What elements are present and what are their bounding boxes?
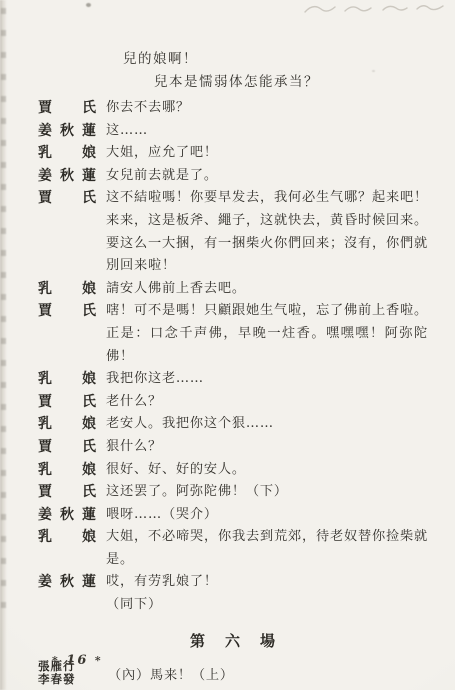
speaker-name: 乳娘 — [38, 459, 96, 482]
speaker-name: 賈氏 — [38, 187, 96, 210]
dialogue-row: 賈氏 这还罢了。阿弥陀佛！（下） — [38, 481, 427, 504]
dialogue-text: 請安人佛前上香去吧。 — [106, 278, 428, 301]
speaker-name: 賈氏 — [38, 436, 96, 459]
speaker-name: 賈氏 — [38, 481, 96, 504]
speaker-name: 姜秋蓮 — [38, 165, 96, 188]
scan-noise-dot — [372, 70, 375, 72]
dialogue-text: 这不結啦嗎！你要早发去，我何必生气哪？起来吧！来来，这是板斧、繩子，这就快去，黄… — [106, 187, 428, 277]
speaker-name: 姜秋蓮 — [38, 120, 96, 143]
pencil-scribble — [301, 0, 451, 20]
dialogue-row: 姜秋蓮 这…… — [38, 120, 427, 143]
speaker-name: 乳娘 — [38, 526, 96, 549]
speaker-name: 乳娘 — [38, 278, 96, 301]
speaker-name: 乳娘 — [38, 413, 96, 436]
speaker-name: 乳娘 — [38, 368, 96, 391]
dialogue-row: 乳娘 我把你这老…… — [38, 368, 427, 391]
dialogue-row: 賈氏 嗐！可不是嗎！只顧跟她生气啦，忘了佛前上香啦。正是：口念千声佛，早晚一炷香… — [38, 300, 427, 368]
dialogue-row: 賈氏 你去不去哪？ — [38, 97, 427, 120]
dialogue-row: 姜秋蓮 女兒前去就是了。 — [38, 165, 427, 188]
scanned-page: 兒的娘啊！ 兒本是懦弱体怎能承当？ 賈氏 你去不去哪？ 姜秋蓮 这…… 乳娘 大… — [0, 0, 455, 690]
dialogue-text: 你去不去哪？ — [106, 97, 428, 120]
scene-heading: 第六場 — [38, 630, 427, 651]
dialogue-text: 狠什么？ — [106, 436, 428, 459]
dialogue-list: 賈氏 你去不去哪？ 姜秋蓮 这…… 乳娘 大姐，应允了吧！ 姜秋蓮 女兒前去就是… — [38, 97, 427, 617]
dialogue-text: （內）馬来！（上） — [108, 664, 234, 683]
dialogue-text: 喂呀……（哭介） — [106, 504, 428, 527]
dialogue-row: 乳娘 請安人佛前上香去吧。 — [38, 278, 427, 301]
scan-noise-dot — [86, 3, 91, 7]
dialogue-row: 賈氏 狠什么？ — [38, 436, 427, 459]
verse-line: 兒的娘啊！ — [123, 48, 427, 71]
dialogue-row: 乳娘 很好、好、好的安人。 — [38, 459, 427, 482]
speaker-name: 賈氏 — [38, 97, 96, 120]
footer-ornament: * — [95, 654, 103, 667]
scan-edge-bleedthrough — [1, 8, 6, 608]
dialogue-row: 乳娘 大姐，不必啼哭，你我去到荒郊，待老奴替你捡柴就是。 — [38, 526, 427, 571]
speaker-name: 姜秋蓮 — [38, 504, 96, 527]
speaker-name: 乳娘 — [38, 142, 96, 165]
dialogue-text: 哎，有劳乳娘了！ — [106, 571, 428, 594]
dialogue-text: 很好、好、好的安人。 — [106, 459, 428, 482]
dialogue-text: 嗐！可不是嗎！只顧跟她生气啦，忘了佛前上香啦。正是：口念千声佛，早晚一炷香。嘿嘿… — [106, 300, 428, 368]
speaker-name: 姜秋蓮 — [38, 571, 96, 594]
verse-line: 兒本是懦弱体怎能承当？ — [154, 71, 427, 94]
dialogue-text: 这…… — [106, 120, 428, 143]
dialogue-text: 大姐，不必啼哭，你我去到荒郊，待老奴替你捡柴就是。 — [106, 526, 428, 571]
dialogue-text: 我把你这老…… — [106, 368, 428, 391]
dialogue-row: 賈氏 老什么？ — [38, 391, 427, 414]
dialogue-row: 賈氏 这不結啦嗎！你要早发去，我何必生气哪？起来吧！来来，这是板斧、繩子，这就快… — [38, 187, 427, 277]
page-number-value: 16 — [66, 653, 88, 668]
footer-ornament: * — [52, 654, 60, 667]
dialogue-text: 大姐，应允了吧！ — [106, 142, 428, 165]
dialogue-text: 老什么？ — [106, 391, 428, 414]
dialogue-text: 老安人。我把你这个狠…… — [106, 413, 428, 436]
dialogue-text: 这还罢了。阿弥陀佛！（下） — [106, 481, 428, 504]
dialogue-text: 女兒前去就是了。 — [106, 165, 428, 188]
dialogue-row: 姜秋蓮 哎，有劳乳娘了！ （同下） — [38, 571, 427, 616]
dialogue-row: 乳娘 老安人。我把你这个狠…… — [38, 413, 427, 436]
page-number: * 16 * — [52, 653, 103, 668]
stage-direction: （同下） — [106, 594, 428, 617]
verse-continuation: 兒的娘啊！ 兒本是懦弱体怎能承当？ — [38, 48, 427, 94]
dialogue-row: 乳娘 大姐，应允了吧！ — [38, 142, 427, 165]
speaker-name: 賈氏 — [38, 300, 96, 323]
speaker-name: 賈氏 — [38, 391, 96, 414]
dialogue-row: 姜秋蓮 喂呀……（哭介） — [38, 504, 427, 527]
speaker-name: 李春發 — [38, 673, 96, 687]
